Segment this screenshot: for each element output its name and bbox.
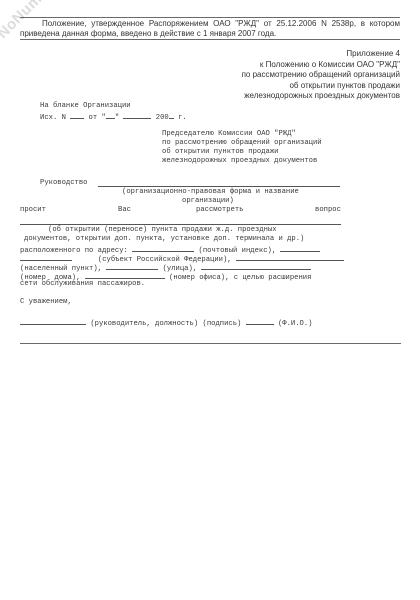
document-notice: Положение, утвержденное Распоряжением ОА… xyxy=(20,19,400,39)
appendix-line: об открытии пунктов продажи xyxy=(160,81,400,92)
question-hint-line-1: (об открытии (переносе) пункта продажи ж… xyxy=(48,226,277,235)
question-field[interactable] xyxy=(20,217,341,225)
notice-line-1: Положение, утвержденное Распоряжением ОА… xyxy=(20,19,400,29)
federal-subject-line: (субъект Российской Федерации), xyxy=(20,253,344,262)
date-day-field[interactable] xyxy=(106,111,115,119)
ask-word: рассмотреть xyxy=(196,206,243,215)
appendix-header: Приложение 4 к Положению о Комиссии ОАО … xyxy=(160,49,400,102)
top-rule xyxy=(20,17,400,18)
appendix-line: по рассмотрению обращений организаций xyxy=(160,70,400,81)
letter-body: На бланке Организации Исх. N от "" 200 г… xyxy=(20,102,400,435)
street-field[interactable] xyxy=(106,262,158,270)
outgoing-number-line: Исх. N от "" 200 г. xyxy=(40,111,187,120)
date-from-label: от " xyxy=(89,114,106,122)
head-position-field[interactable] xyxy=(20,317,86,325)
notice-line-2: приведена данная форма, введено в действ… xyxy=(20,29,400,39)
ask-word: вопрос xyxy=(315,206,341,215)
signature-line: (руководитель, должность) (подпись) (Ф.И… xyxy=(20,317,313,326)
head-position-hint: (руководитель, должность) xyxy=(90,320,198,328)
outgoing-number-label: Исх. N xyxy=(40,114,66,122)
federal-subject-field[interactable] xyxy=(280,244,320,252)
purpose-line: сети обслуживания пассажиров. xyxy=(20,280,145,289)
outgoing-number-field[interactable] xyxy=(70,111,84,119)
postal-index-field[interactable] xyxy=(132,244,194,252)
office-field[interactable] xyxy=(85,271,165,279)
appendix-line: железнодорожных проездных документов xyxy=(160,91,400,102)
locality-line: (населенный пункт), (улица), xyxy=(20,262,311,271)
bottom-rule xyxy=(20,343,401,344)
year-suffix: г. xyxy=(174,114,187,122)
federal-subject-field-cont[interactable] xyxy=(20,253,72,261)
appendix-line: Приложение 4 xyxy=(160,49,400,60)
house-field[interactable] xyxy=(201,262,311,270)
question-hint-line-2: документов, открытии доп. пункта, устано… xyxy=(24,235,304,244)
office-hint: (номер офиса), с целью расширения xyxy=(169,274,311,282)
year-prefix: 200 xyxy=(156,114,169,122)
date-month-field[interactable] xyxy=(123,111,151,119)
full-name-field[interactable] xyxy=(246,317,274,325)
house-line: (номер дома), (номер офиса), с целью рас… xyxy=(20,271,311,280)
address-line: расположенного по адресу: (почтовый инде… xyxy=(20,244,320,253)
addressee-line: по рассмотрению обращений организаций xyxy=(162,139,322,148)
letterhead-line: На бланке Организации xyxy=(40,102,131,111)
org-hint-line-2: организации) xyxy=(182,197,234,206)
ask-word: просит xyxy=(20,206,46,215)
locality-field[interactable] xyxy=(236,253,344,261)
regards-text: С уважением, xyxy=(20,298,72,307)
addressee-line: железнодорожных проездных документов xyxy=(162,157,317,166)
full-name-hint: (Ф.И.О.) xyxy=(278,320,313,328)
signature-hint: (подпись) xyxy=(203,320,242,328)
appendix-line: к Положению о Комиссии ОАО "РЖД" xyxy=(160,60,400,71)
ask-word: Вас xyxy=(118,206,131,215)
management-label: Руководство xyxy=(40,179,87,188)
organization-name-field[interactable] xyxy=(98,179,340,187)
addressee-line: Председателю Комиссии ОАО "РЖД" xyxy=(162,130,296,139)
notice-bottom-rule xyxy=(20,39,400,40)
quote-close: " xyxy=(115,114,119,122)
org-hint-line-1: (организационно-правовая форма и названи… xyxy=(122,188,299,197)
addressee-line: об открытии пунктов продажи xyxy=(162,148,278,157)
